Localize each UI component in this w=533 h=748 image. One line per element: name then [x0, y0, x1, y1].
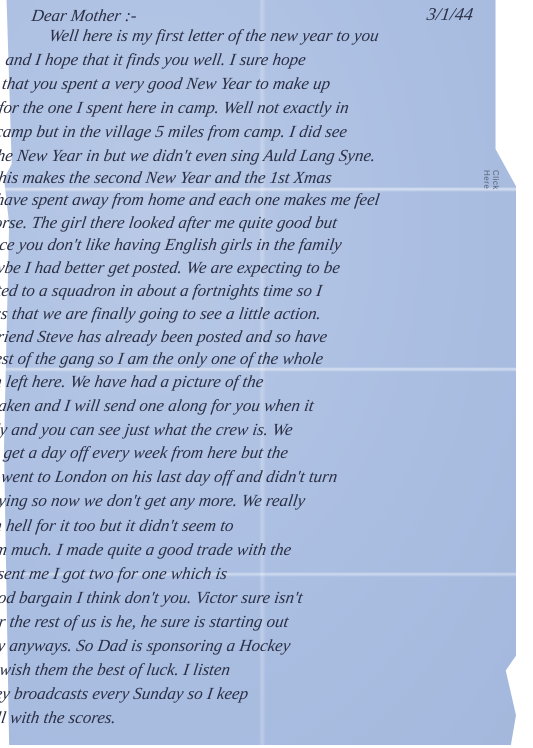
- letter-line: quite a good bargain I think don't you. …: [0, 588, 304, 608]
- letter-line: My friend Steve has already been posted …: [0, 327, 329, 347]
- letter-line: posted to a squadron in about a fortnigh…: [0, 281, 323, 301]
- margin-print-text: Click Here: [482, 170, 500, 203]
- letter-line: that you spent a very good New Year to m…: [1, 74, 332, 94]
- letter-line: Well here is my first letter of the new …: [48, 26, 381, 46]
- letter-line: usually get a day off every week from he…: [0, 443, 289, 463]
- letter-line: is ready and you can see just what the c…: [0, 420, 294, 440]
- letter-line: for the one I spent here in camp. Well n…: [0, 98, 350, 118]
- letter-line: team well I wish them the best of luck. …: [0, 660, 231, 680]
- letter-line: the rest of the gang so I am the only on…: [0, 349, 325, 369]
- letter-line: up pretty well with the scores.: [0, 708, 117, 728]
- letter-line: since you don't like having English girl…: [0, 235, 343, 255]
- letter-line: and I hope that it finds you well. I sur…: [4, 50, 307, 70]
- letter-line: up for flying so now we don't get any mo…: [0, 491, 307, 511]
- letter-line: taking after the rest of us is he, he su…: [0, 612, 290, 632]
- letter-line: maybe I had better get posted. We are ex…: [0, 258, 341, 278]
- salutation: Dear Mother :-: [30, 6, 138, 26]
- letter-date: 3/1/44: [425, 4, 474, 25]
- letter-line: camp but in the village 5 miles from cam…: [0, 122, 348, 142]
- letter-line: pretty cocky anyways. So Dad is sponsori…: [0, 636, 292, 656]
- letter-line: skipper went to London on his last day o…: [0, 467, 339, 487]
- letter-line: This makes the second New Year and the 1…: [0, 168, 333, 188]
- letter-line: bunch left here. We have had a picture o…: [0, 372, 265, 392]
- letter-line: gave him hell for it too but it didn't s…: [0, 516, 235, 536]
- letter-line: I have spent away from home and each one…: [0, 190, 381, 210]
- letter-line: the New Year in but we didn't even sing …: [0, 146, 377, 166]
- letter-line: worse. The girl there looked after me qu…: [0, 213, 339, 233]
- letter-line: shirt you sent me I got two for one whic…: [0, 564, 228, 584]
- letter-line: guess that we are finally going to see a…: [0, 304, 322, 324]
- letter-line: to the Hockey broadcasts every Sunday so…: [0, 684, 250, 704]
- letter-line: crew taken and I will send one along for…: [0, 396, 315, 416]
- letter-line: worry him much. I made quite a good trad…: [0, 540, 293, 560]
